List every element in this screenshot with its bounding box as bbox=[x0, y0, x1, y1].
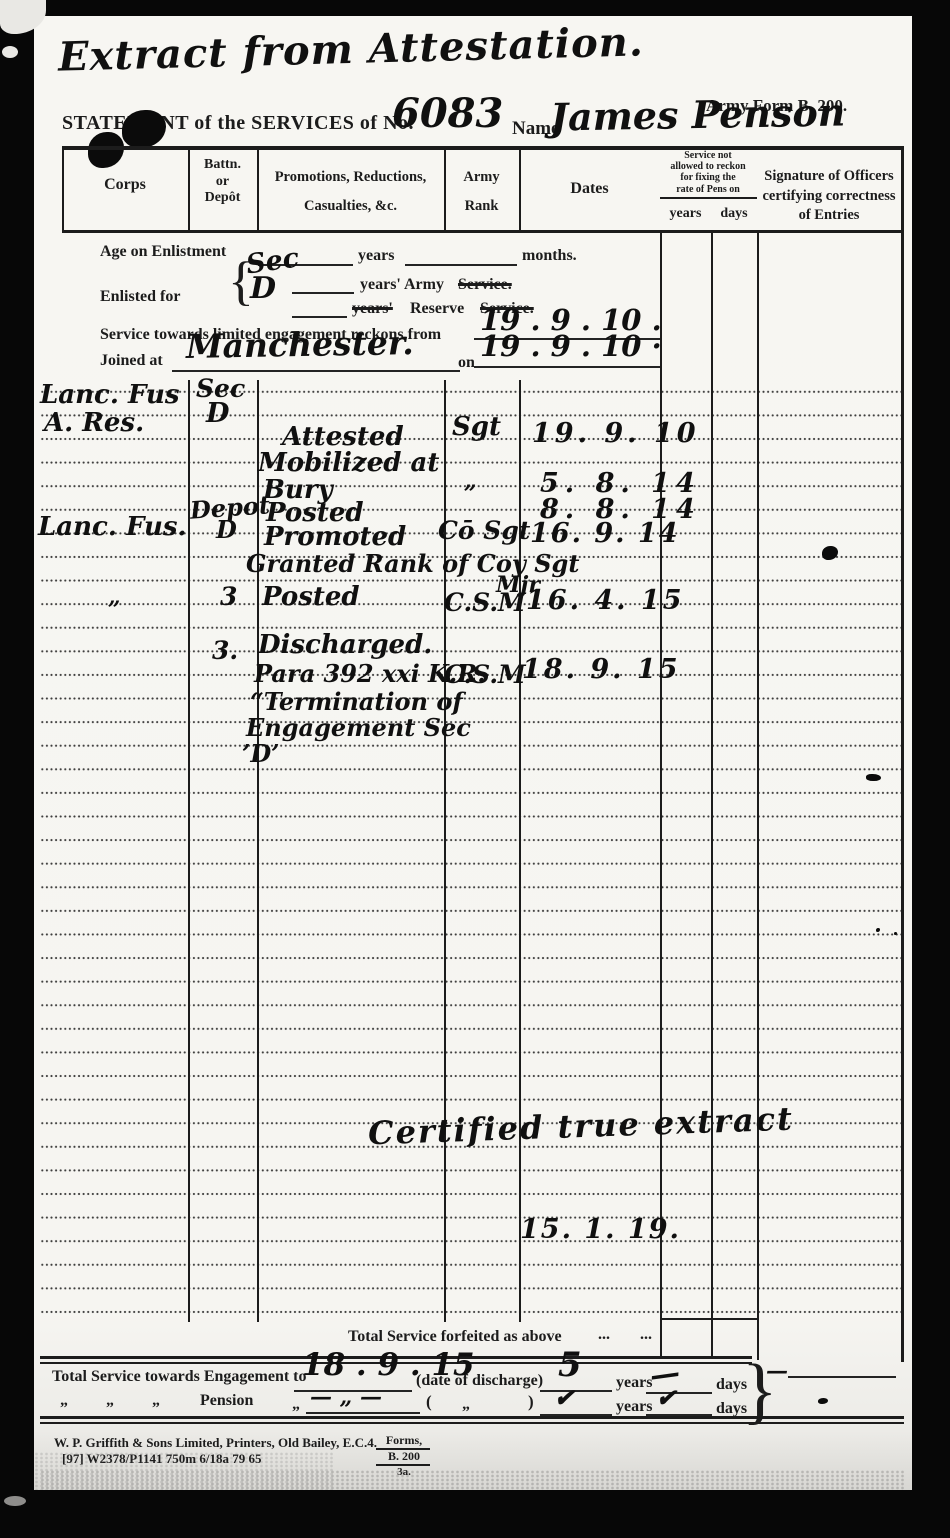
entry-rank: C.S.M bbox=[444, 662, 526, 687]
entry-event: Discharged. bbox=[258, 632, 432, 658]
column-header-army-rank: Army Rank bbox=[444, 163, 519, 221]
joined-place-handwritten: Manchester. bbox=[186, 326, 414, 363]
bottom-rule bbox=[40, 1416, 904, 1419]
entry-event: Promoted bbox=[264, 524, 406, 550]
forfeited-dots: ... bbox=[598, 1326, 610, 1344]
entry-event: “Termination of bbox=[250, 690, 463, 714]
engagement-total-label: Total Service towards Engagement to bbox=[52, 1368, 307, 1386]
forfeited-dots: ... bbox=[640, 1326, 652, 1344]
forfeited-box-rule bbox=[660, 1318, 759, 1320]
column-divider bbox=[660, 232, 662, 1356]
entry-date: 16. 9. 14 bbox=[530, 520, 680, 547]
scan-grain-texture bbox=[34, 1452, 334, 1490]
entry-event: Engagement Sec bbox=[246, 716, 471, 740]
joined-place-blank bbox=[172, 370, 460, 372]
paren-close: ) bbox=[528, 1392, 534, 1412]
entry-event: Attested bbox=[282, 424, 404, 450]
reserve-label: Reserve bbox=[410, 300, 464, 318]
column-divider bbox=[257, 380, 259, 1322]
years-army-label: years' Army bbox=[360, 276, 444, 294]
entry-event: Posted bbox=[262, 584, 360, 610]
ink-speck bbox=[866, 774, 881, 781]
entry-corps: Lanc. Fus. bbox=[38, 514, 187, 540]
bottom-rule bbox=[40, 1422, 904, 1424]
age-months-blank bbox=[405, 264, 517, 266]
joined-date-handwritten: 19 . 9 . 10 · bbox=[480, 332, 662, 361]
entry-date: 5. 8. 14 bbox=[540, 470, 701, 497]
age-months-label: months. bbox=[522, 247, 577, 265]
engagement-years-handwritten: 5 bbox=[558, 1348, 582, 1382]
on-label: on bbox=[458, 354, 475, 372]
table-right-border bbox=[901, 146, 904, 1362]
entry-battn: D bbox=[216, 518, 237, 542]
column-header-service-not: Service not allowed to reckon for fixing… bbox=[657, 150, 759, 195]
ditto-mark: „ bbox=[152, 1392, 160, 1410]
age-years-label: years bbox=[358, 247, 394, 265]
statement-title: STATEMENT of the SERVICES of No. bbox=[62, 112, 414, 135]
entry-battn: 3 bbox=[220, 584, 237, 609]
scanned-army-form: Extract from Attestation. Army Form B. 2… bbox=[0, 0, 950, 1538]
enlisted-for-label: Enlisted for bbox=[100, 288, 180, 306]
column-divider bbox=[711, 232, 713, 1356]
column-header-signature: Signature of Officers certifying correct… bbox=[757, 167, 901, 226]
joined-date-blank bbox=[474, 366, 660, 368]
army-years-blank bbox=[292, 292, 354, 294]
printer-imprint: W. P. Griffith & Sons Limited, Printers,… bbox=[54, 1436, 377, 1451]
reserve-years-struck: years' bbox=[352, 300, 393, 318]
table-header-bottom-rule bbox=[62, 230, 903, 233]
entry-date: 19. 9. 10 bbox=[532, 420, 700, 447]
column-header-corps: Corps bbox=[62, 176, 188, 194]
column-divider bbox=[188, 380, 190, 1322]
entry-battn: D bbox=[206, 400, 229, 427]
ditto-mark: „ bbox=[60, 1392, 68, 1410]
date-of-discharge-label: (date of discharge) bbox=[416, 1372, 543, 1390]
forfeited-label: Total Service forfeited as above bbox=[348, 1328, 562, 1346]
certification-date: 15. 1. 19. bbox=[520, 1216, 681, 1243]
check-mark: ✔ bbox=[554, 1386, 574, 1410]
check-mark: ✔ bbox=[656, 1386, 676, 1410]
pension-blank bbox=[306, 1412, 420, 1414]
pension-label: Pension bbox=[200, 1392, 253, 1410]
section-d-handwritten: D bbox=[250, 274, 276, 304]
engagement-years-blank bbox=[540, 1390, 612, 1392]
entry-rank: Sgt bbox=[452, 414, 501, 440]
service-not-rule bbox=[660, 197, 757, 199]
reserve-years-blank bbox=[292, 316, 347, 318]
column-header-dates: Dates bbox=[519, 180, 660, 198]
entry-rank: Cō Sgt bbox=[438, 518, 530, 543]
column-header-battn: Battn. or Depôt bbox=[188, 157, 257, 207]
entry-corps-ditto: „ bbox=[108, 586, 121, 608]
pension-dashes-handwritten: — „ — bbox=[310, 1386, 382, 1408]
paren-open: ( bbox=[426, 1392, 432, 1412]
entry-battn: 3. bbox=[212, 638, 238, 663]
entry-date: 16. 4. 15 bbox=[526, 587, 685, 614]
torn-edge-speck bbox=[2, 46, 18, 58]
ditto-mark: „ bbox=[462, 1396, 470, 1414]
forms-number: B. 200 bbox=[378, 1450, 430, 1464]
entry-event: Mobilized at bbox=[258, 450, 439, 476]
ditto-mark: „ bbox=[292, 1396, 300, 1414]
column-header-years: years bbox=[660, 206, 711, 222]
years-label: years bbox=[616, 1374, 652, 1392]
forms-label: Forms, bbox=[378, 1434, 430, 1448]
torn-bottom-speck bbox=[4, 1496, 26, 1506]
ditto-mark: „ bbox=[106, 1392, 114, 1410]
entry-date: 18. 9. 15 bbox=[522, 656, 681, 683]
joined-at-label: Joined at bbox=[100, 352, 163, 370]
column-divider bbox=[757, 232, 759, 1360]
column-header-days: days bbox=[711, 206, 757, 222]
entry-corps: A. Res. bbox=[44, 410, 144, 436]
column-header-promotions: Promotions, Reductions, Casualties, &c. bbox=[257, 163, 444, 221]
signature-blank bbox=[788, 1376, 896, 1378]
soldier-name: James Penson bbox=[550, 93, 846, 136]
entry-event: ’D’ bbox=[242, 742, 280, 766]
army-service-struck: Service. bbox=[458, 276, 512, 294]
service-number: 6083 bbox=[392, 94, 503, 134]
signature-dash-handwritten: — bbox=[766, 1360, 788, 1382]
entry-corps: Lanc. Fus bbox=[40, 382, 180, 408]
entry-rank: C.S.M bbox=[444, 590, 526, 615]
age-on-enlistment-label: Age on Enlistment bbox=[100, 243, 226, 261]
entry-rank-ditto: „ bbox=[464, 470, 477, 492]
